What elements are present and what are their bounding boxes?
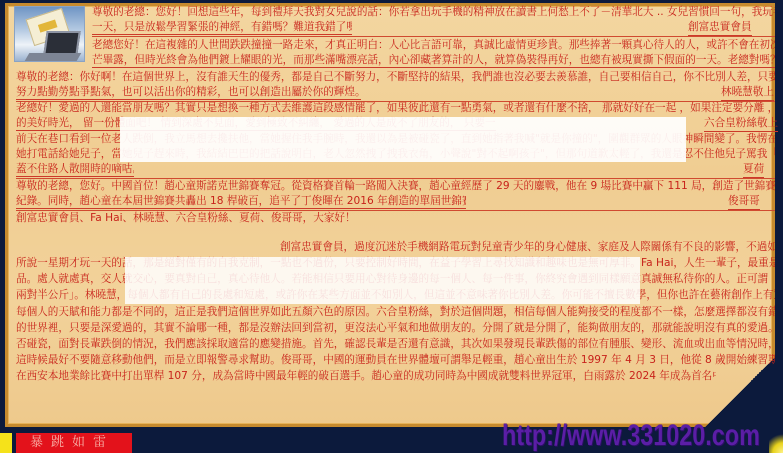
message-6-line-2: 紀錄。同時，趙心童在本屆世錦賽共轟出 18 桿破百，追平了丁俊暉在 2016 年… [16, 194, 466, 209]
message-3-line-1: 尊敬的老總：你好啊！在這個世界上，沒有誰天生的優秀，都是自己不斷努力，不斷堅持的… [16, 70, 775, 85]
message-4-signature: 六合皇粉絲敬上 [704, 116, 778, 132]
message-1-signature: 創富忠實會員 [688, 20, 752, 36]
reply-line-7: 否碰瓷，面對長輩跌倒的情況，我們應該採取適當的應變措施。首先，確認長輩是否還有意… [16, 337, 775, 352]
message-7-line-1: 創富忠實會員、Fa Hai、林曉慧、六合皇粉絲、夏荷、俊哥哥，大家好！ [16, 211, 775, 226]
obscured-text-overlay [120, 117, 686, 162]
site-url-link[interactable]: http://www.331020.com [502, 418, 713, 453]
laptop-mail-image [14, 6, 85, 62]
laptop-icon [43, 31, 80, 55]
footer-accent [0, 433, 12, 453]
message-4-line-1: 老總好！愛過的人還能當朋友嗎？其實只是想換一種方式去維護這段感情罷了，如果彼此還… [16, 101, 775, 116]
section-title-badge: 暴跳如雷 [16, 433, 132, 453]
corner-glow-decoration [769, 432, 783, 453]
reply-line-1: 創富忠實會員，過度沉迷於手機網路電玩對兒童青少年的身心健康、家庭及人際關係有不良… [280, 240, 775, 255]
reply-line-9: 在西安本地業餘比賽中打出單桿 107 分，成為當時中國最年輕的破百選手。趙心童的… [16, 369, 716, 384]
message-2-line-1: 老總您好！在這複雜的人世間跌跌撞撞一路走來，才真正明白：人心比言語可靠，真誠比虛… [92, 38, 775, 53]
message-1-line-1: 尊敬的老總：您好！回想這些年，每到禮拜天我對女兒說的話：你若拿出玩手機的精神放在… [92, 5, 775, 20]
message-1-line-2: 一天，只是放鬆學習緊張的神經，有錯嗎？難道我錯了嗎？老總，你覺得呢？ [92, 20, 352, 35]
reply-line-8: 這時候最好不要隨意移動他們，而是立即報警尋求幫助。俊哥哥，中國的運動員在世界體壇… [16, 353, 775, 368]
message-2-line-2: 芒畢露，但時光終會為他們鍍上耀眼的光，而那些滿嘴漂亮話，內心卻藏著算計的人，就算… [92, 53, 775, 68]
reply-line-5: 每個人的天賦和能力都是不同的，這正是我們這個世界如此五顏六色的原因。六合皇粉絲，… [16, 305, 775, 320]
message-5-line-3: 蓋不住路人散開時的嘀咕。 [16, 162, 134, 177]
reply-line-6: 的世界裡，只要是深愛過的，其實不論哪一種，都是沒辦法回到當初，更沒法心平氣和地做… [16, 321, 775, 336]
message-5-signature: 夏荷 [743, 162, 764, 178]
message-3-line-2: 努力點勤勞點爭點氣，也可以活出你的精彩，也可以創造出屬於你的輝煌。 心累了就用沉… [16, 85, 361, 100]
message-6-line-1: 尊敬的老總，您好。中國首位！趙心童斯諾克世錦賽奪冠。從資格賽首輪一路闖入決賽，趙… [16, 179, 775, 194]
obscured-reply-overlay [125, 257, 640, 304]
message-6-signature: 俊哥哥 [728, 194, 760, 210]
divider [92, 36, 775, 37]
laptop-base [25, 53, 82, 61]
message-3-signature: 林曉慧敬上 [721, 85, 774, 101]
